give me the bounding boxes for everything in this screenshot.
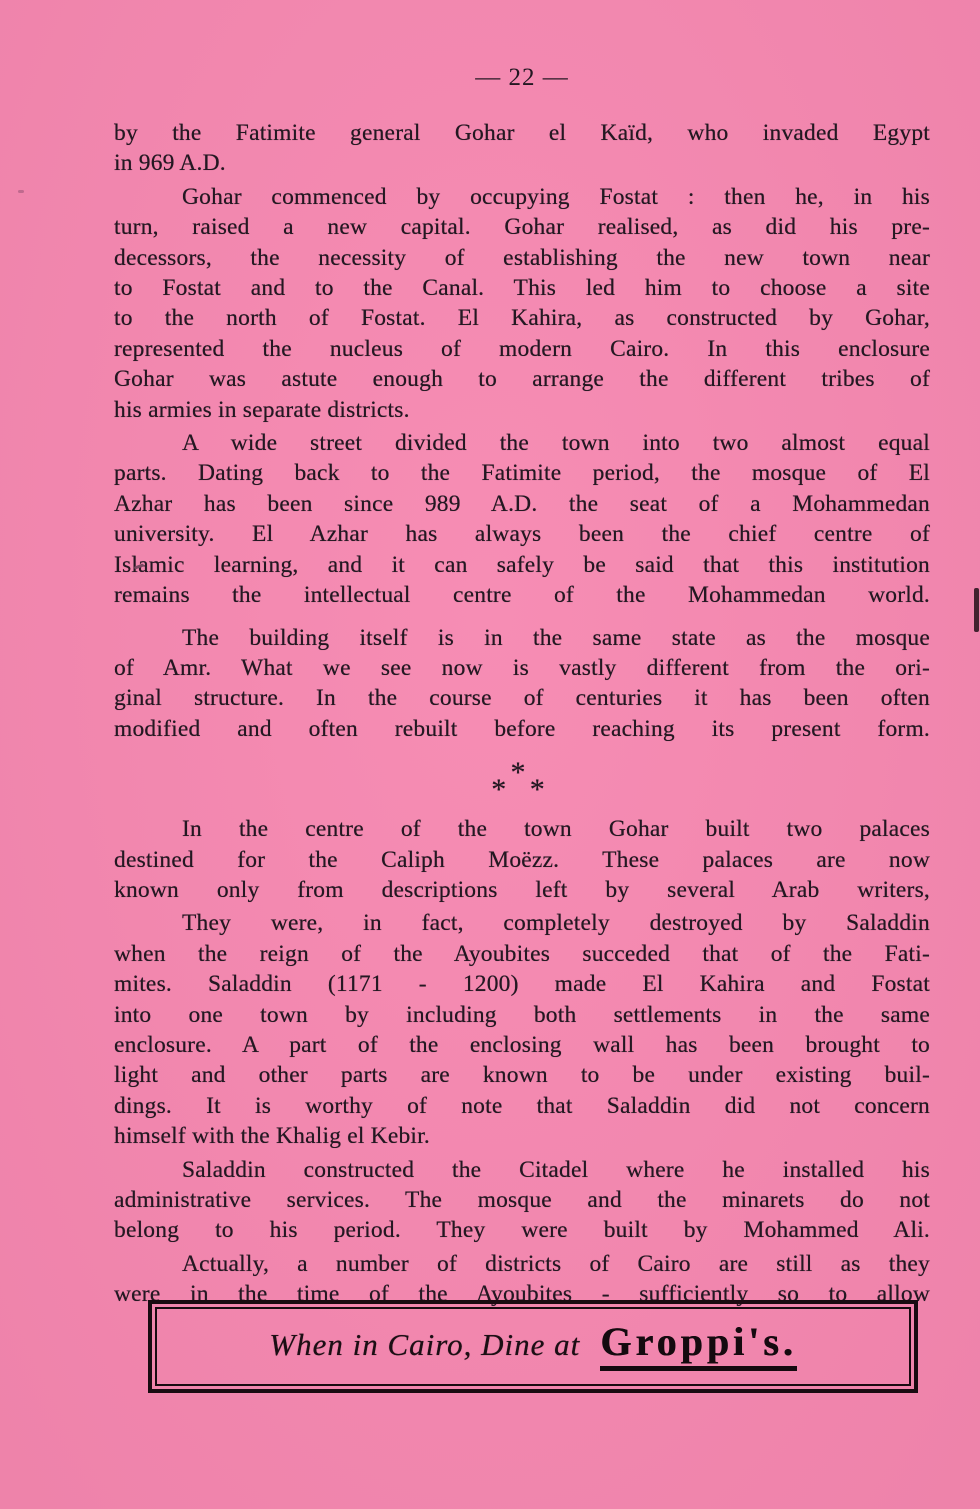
- text-line: administrative services. The mosque and …: [114, 1185, 930, 1215]
- asterism-divider: ** *: [114, 764, 930, 798]
- paragraph: In the centre of the town Gohar built tw…: [114, 814, 930, 905]
- text-line: by the Fatimite general Gohar el Kaïd, w…: [114, 118, 930, 148]
- text-line: belong to his period. They were built by…: [114, 1215, 930, 1245]
- brand-name: Groppi's.: [600, 1318, 796, 1371]
- text-line: Gohar commenced by occupying Fostat : th…: [114, 182, 930, 212]
- text-line: into one town by including both settleme…: [114, 1000, 930, 1030]
- text-line: Gohar was astute enough to arrange the d…: [114, 364, 930, 394]
- text-line: himself with the Khalig el Kebir.: [114, 1121, 930, 1151]
- paragraph: They were, in fact, completely destroyed…: [114, 908, 930, 1151]
- asterism-line: * *: [114, 781, 930, 798]
- paragraph: Saladdin constructed the Citadel where h…: [114, 1155, 930, 1246]
- text-line: light and other parts are known to be un…: [114, 1060, 930, 1090]
- text-line: enclosure. A part of the enclosing wall …: [114, 1030, 930, 1060]
- text-line: modified and often rebuilt before reachi…: [114, 714, 930, 744]
- text-line: Saladdin constructed the Citadel where h…: [114, 1155, 930, 1185]
- paragraph: A wide street divided the town into two …: [114, 428, 930, 610]
- paragraph: Gohar commenced by occupying Fostat : th…: [114, 182, 930, 425]
- text-line: when the reign of the Ayoubites succeded…: [114, 939, 930, 969]
- page-content: — 22 — by the Fatimite general Gohar el …: [0, 0, 980, 1310]
- text-line: to Fostat and to the Canal. This led him…: [114, 273, 930, 303]
- paragraph: by the Fatimite general Gohar el Kaïd, w…: [114, 118, 930, 179]
- text-line: turn, raised a new capital. Gohar realis…: [114, 212, 930, 242]
- text-line: university. El Azhar has always been the…: [114, 519, 930, 549]
- text-line: dings. It is worthy of note that Saladdi…: [114, 1091, 930, 1121]
- text-line: They were, in fact, completely destroyed…: [114, 908, 930, 938]
- text-line: known only from descriptions left by sev…: [114, 875, 930, 905]
- paragraph: The building itself is in the same state…: [114, 623, 930, 745]
- text-line: destined for the Caliph Moëzz. These pal…: [114, 845, 930, 875]
- text-line: A wide street divided the town into two …: [114, 428, 930, 458]
- ad-banner: When in Cairo, Dine at Groppi's.: [148, 1300, 918, 1393]
- text-line: ginal structure. In the course of centur…: [114, 683, 930, 713]
- text-line: to the north of Fostat. El Kahira, as co…: [114, 303, 930, 333]
- scan-edge-artifact: [974, 588, 979, 632]
- text-line: his armies in separate districts.: [114, 395, 930, 425]
- ad-banner-text: When in Cairo, Dine at: [269, 1327, 580, 1363]
- page-number: — 22 —: [114, 62, 930, 94]
- text-line: represented the nucleus of modern Cairo.…: [114, 334, 930, 364]
- text-line: of Amr. What we see now is vastly differ…: [114, 653, 930, 683]
- scanned-book-page: — 22 — by the Fatimite general Gohar el …: [0, 0, 980, 1509]
- text-line: in 969 A.D.: [114, 148, 930, 178]
- text-line: The building itself is in the same state…: [114, 623, 930, 653]
- body-text: by the Fatimite general Gohar el Kaïd, w…: [114, 118, 930, 1310]
- text-line: decessors, the necessity of establishing…: [114, 243, 930, 273]
- text-line: Islamic learning, and it can safely be s…: [114, 550, 930, 580]
- text-line: mites. Saladdin (1171 - 1200) made El Ka…: [114, 969, 930, 999]
- text-line: Actually, a number of districts of Cairo…: [114, 1249, 930, 1279]
- text-line: parts. Dating back to the Fatimite perio…: [114, 458, 930, 488]
- ad-banner-frame: When in Cairo, Dine at Groppi's.: [155, 1307, 911, 1386]
- scan-speck: [18, 190, 24, 193]
- text-line: Azhar has been since 989 A.D. the seat o…: [114, 489, 930, 519]
- text-line: In the centre of the town Gohar built tw…: [114, 814, 930, 844]
- text-line: remains the intellectual centre of the M…: [114, 580, 930, 610]
